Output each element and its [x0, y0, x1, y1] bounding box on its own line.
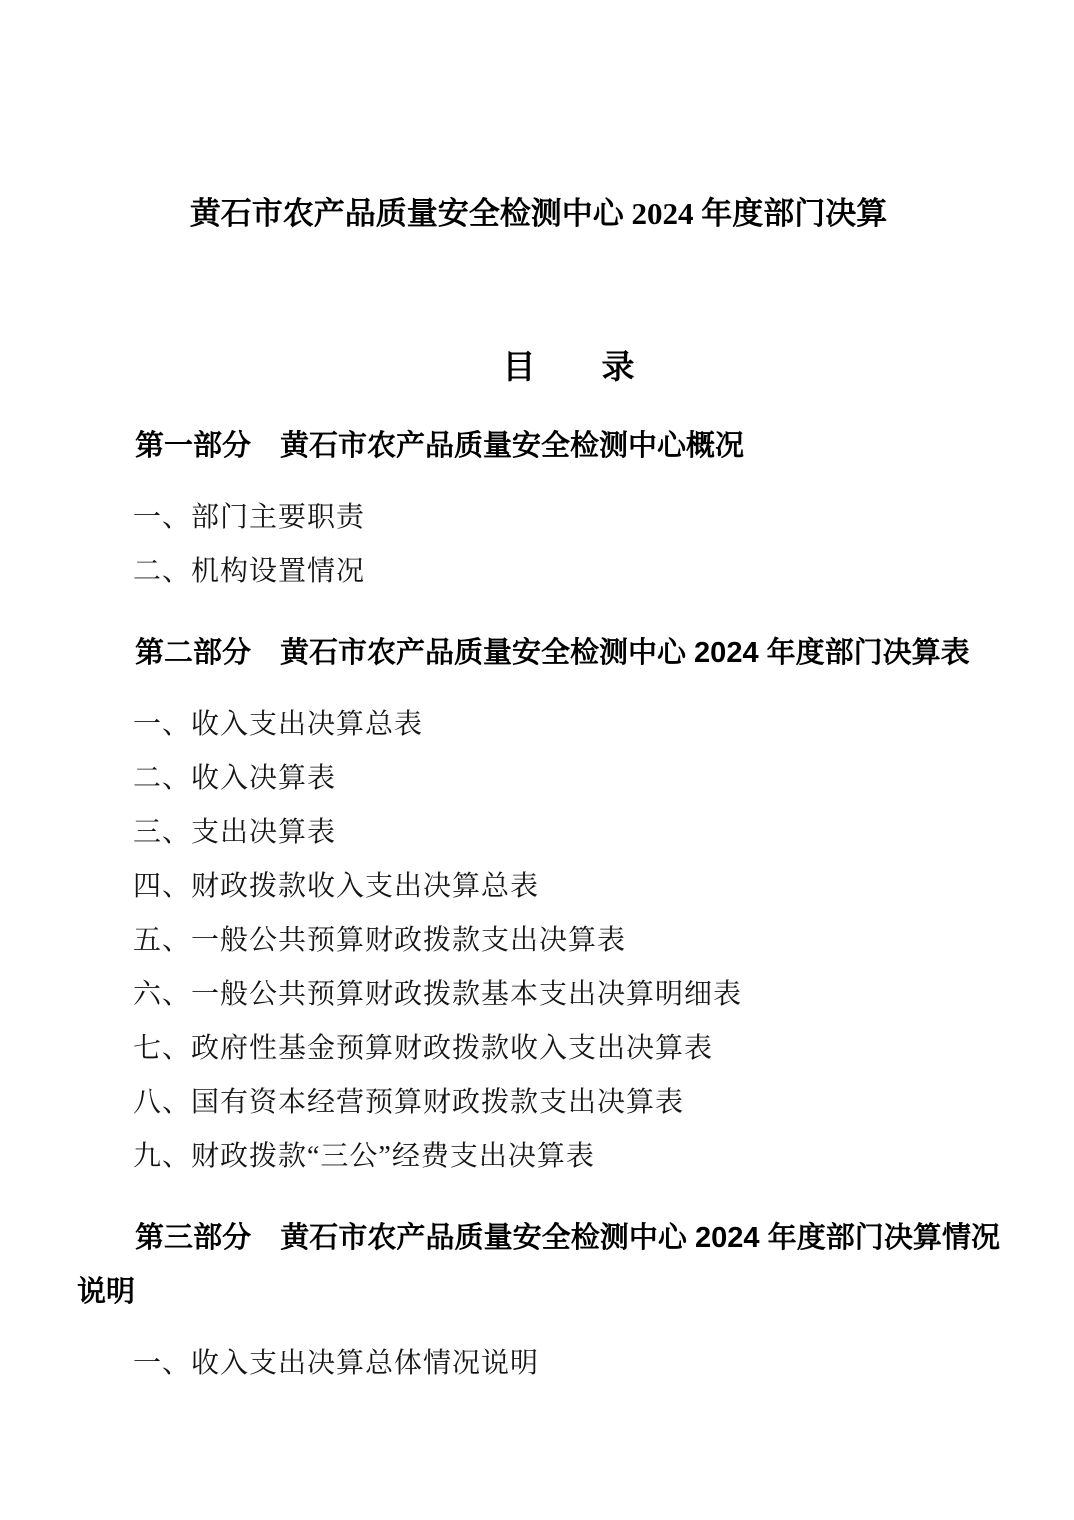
toc-item: 二、收入决算表	[77, 752, 1000, 806]
toc-item: 一、收入支出决算总体情况说明	[77, 1337, 1000, 1391]
toc-item: 九、财政拨款“三公”经费支出决算表	[77, 1130, 1000, 1184]
toc-item: 二、机构设置情况	[77, 545, 1000, 599]
toc-item: 四、财政拨款收入支出决算总表	[77, 860, 1000, 914]
document-title: 黄石市农产品质量安全检测中心 2024 年度部门决算	[77, 192, 1000, 236]
toc-title: 目 录	[77, 346, 1000, 390]
section-heading-1: 第一部分 黄石市农产品质量安全检测中心概况	[77, 419, 1000, 473]
section-heading-3: 第三部分 黄石市农产品质量安全检测中心 2024 年度部门决算情况说明	[77, 1211, 1000, 1319]
toc-item: 五、一般公共预算财政拨款支出决算表	[77, 914, 1000, 968]
toc-item: 七、政府性基金预算财政拨款收入支出决算表	[77, 1022, 1000, 1076]
toc-item: 一、部门主要职责	[77, 491, 1000, 545]
document-page: 黄石市农产品质量安全检测中心 2024 年度部门决算 目 录 第一部分 黄石市农…	[0, 0, 1074, 1520]
section-heading-2: 第二部分 黄石市农产品质量安全检测中心 2024 年度部门决算表	[77, 626, 1000, 680]
toc-item: 一、收入支出决算总表	[77, 698, 1000, 752]
table-of-contents: 第一部分 黄石市农产品质量安全检测中心概况一、部门主要职责二、机构设置情况第二部…	[77, 419, 1000, 1391]
toc-item: 八、国有资本经营预算财政拨款支出决算表	[77, 1076, 1000, 1130]
toc-item: 六、一般公共预算财政拨款基本支出决算明细表	[77, 968, 1000, 1022]
toc-item: 三、支出决算表	[77, 806, 1000, 860]
